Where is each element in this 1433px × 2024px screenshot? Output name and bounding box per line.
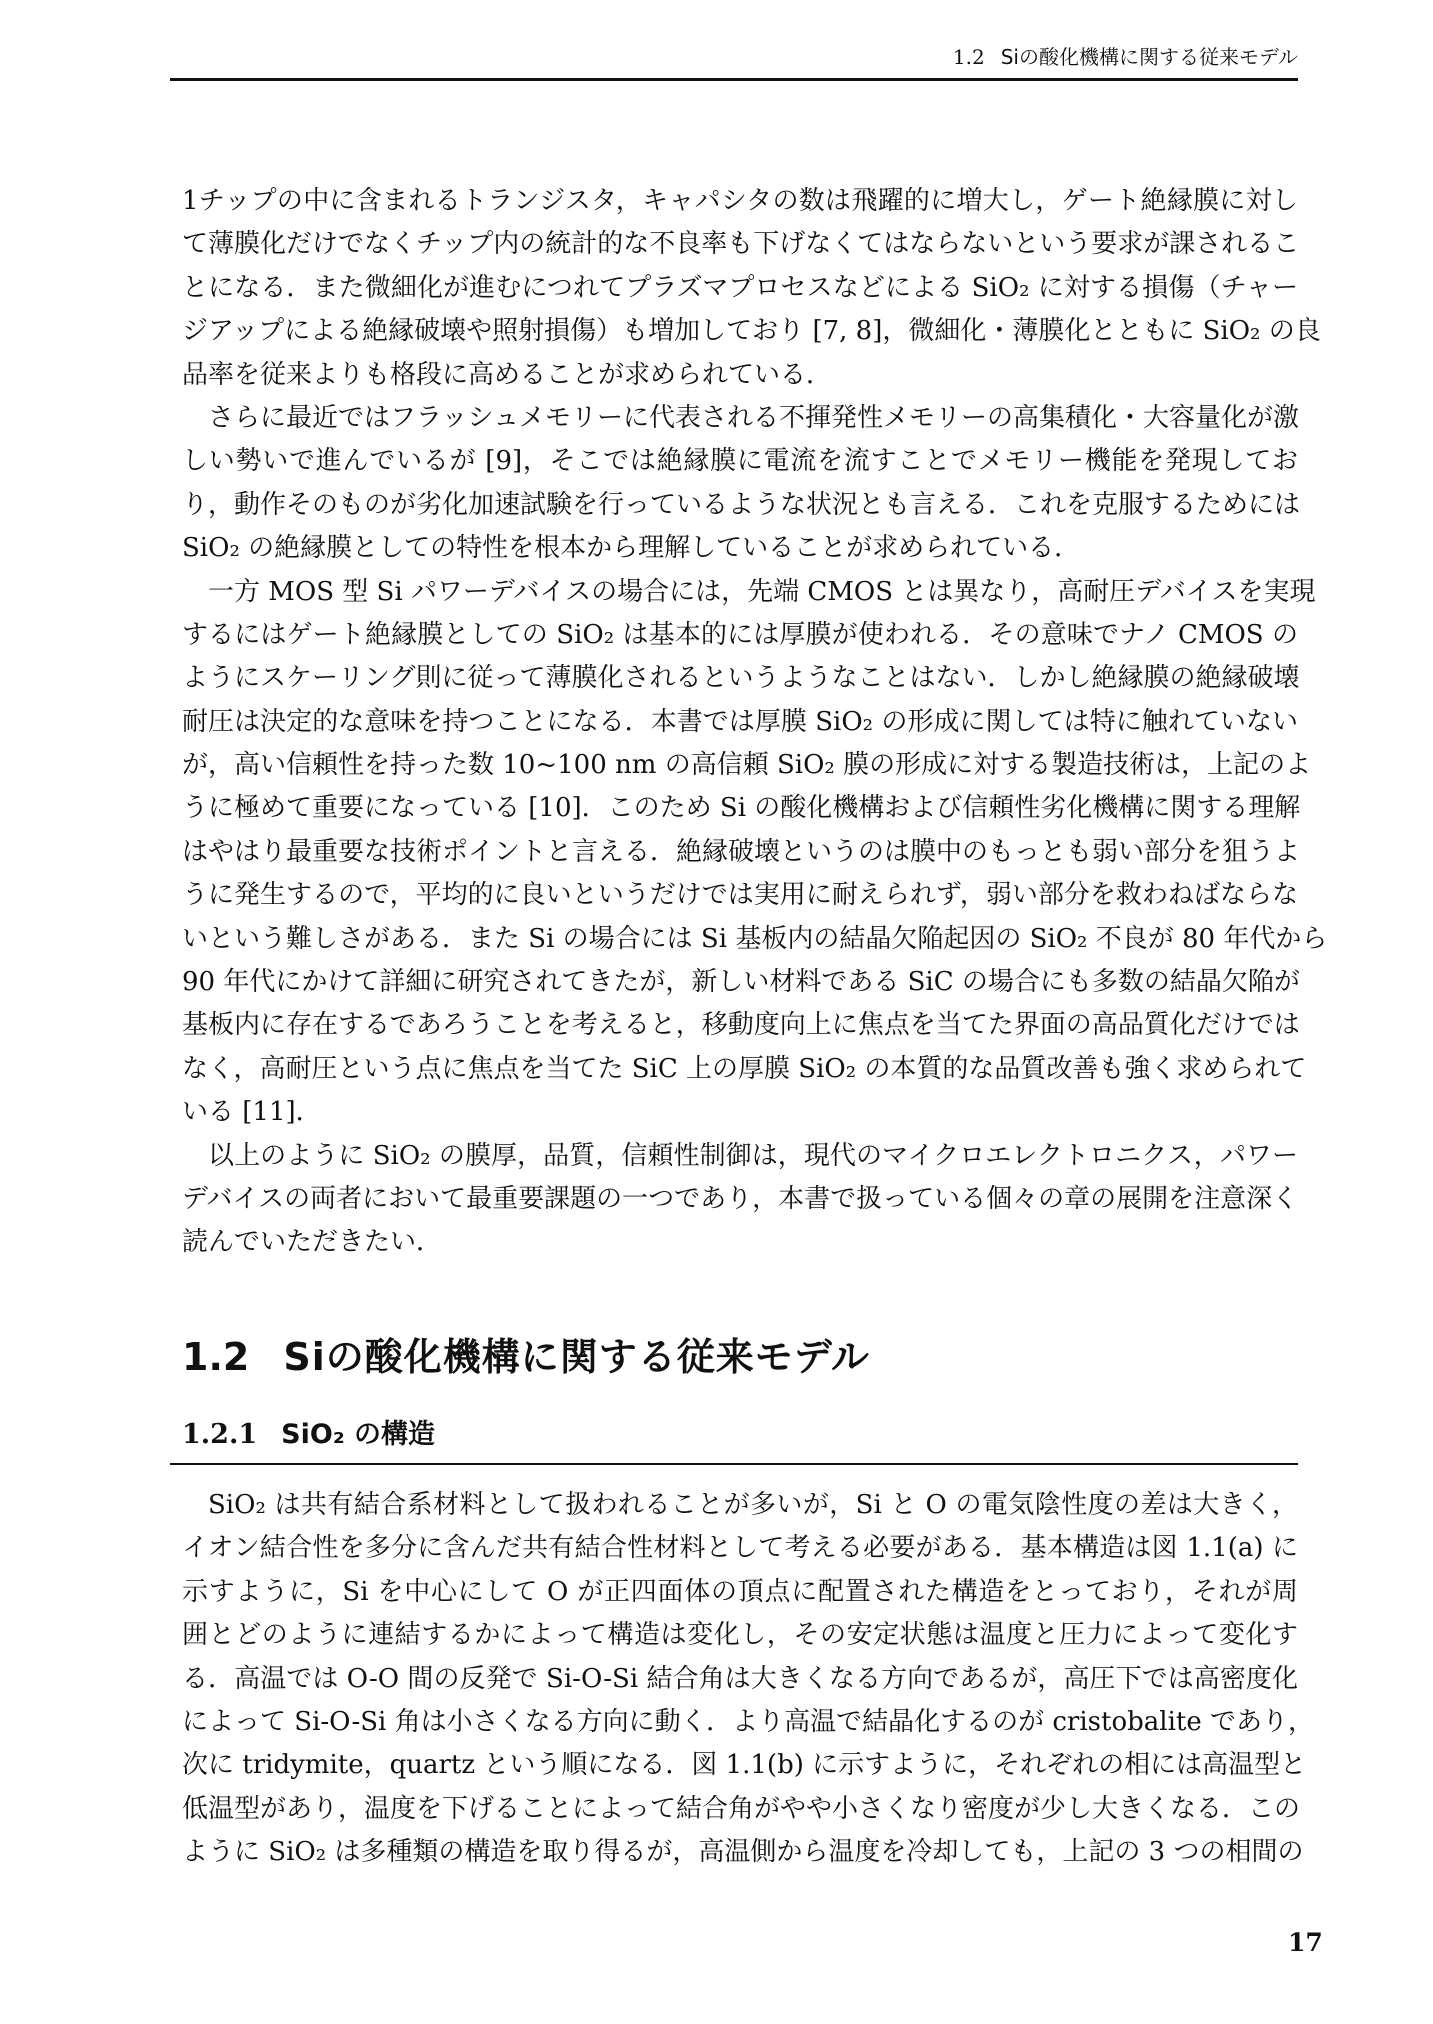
body-line: 耐圧は決定的な意味を持つことになる．本書では厚膜 SiO₂ の形成に関しては特に… [182, 701, 1298, 744]
body-line: ようにスケーリング則に従って薄膜化されるというようなことはない．しかし絶縁膜の絶… [182, 657, 1298, 700]
page-number: 17 [1288, 1928, 1323, 1958]
running-head-title: Siの酸化機構に関する従来モデル [1001, 45, 1298, 69]
body-line: 示すように，Si を中心にして O が正四面体の頂点に配置された構造をとっており… [182, 1571, 1298, 1614]
body-line: 以上のように SiO₂ の膜厚，品質，信頼性制御は，現代のマイクロエレクトロニク… [182, 1135, 1298, 1178]
paragraph: 一方 MOS 型 Si パワーデバイスの場合には，先端 CMOS とは異なり，高… [182, 571, 1298, 1135]
body-line: 低温型があり，温度を下げることによって結合角がやや小さくなり密度が少し大きくなる… [182, 1788, 1298, 1831]
body-line: る．高温では O-O 間の反発で Si-O-Si 結合角は大きくなる方向であるが… [182, 1658, 1298, 1701]
body-line: はやはり最重要な技術ポイントと言える．絶縁破壊というのは膜中のもっとも弱い部分を… [182, 831, 1298, 874]
body-line: うに発生するので，平均的に良いというだけでは実用に耐えられず，弱い部分を救わねば… [182, 874, 1298, 917]
section-heading: 1.2Siの酸化機構に関する従来モデル [182, 1333, 870, 1381]
section-title: Siの酸化機構に関する従来モデル [283, 1335, 870, 1379]
body-line: 1チップの中に含まれるトランジスタ，キャパシタの数は飛躍的に増大し，ゲート絶縁膜… [182, 180, 1298, 223]
body-text-block-bottom: SiO₂ は共有結合系材料として扱われることが多いが，Si と O の電気陰性度… [182, 1484, 1298, 1875]
body-line: SiO₂ は共有結合系材料として扱われることが多いが，Si と O の電気陰性度… [182, 1484, 1298, 1527]
body-line: とになる．また微細化が進むにつれてプラズマプロセスなどによる SiO₂ に対する… [182, 267, 1298, 310]
body-line: しい勢いで進んでいるが [9]，そこでは絶縁膜に電流を流すことでメモリー機能を発… [182, 440, 1298, 483]
paragraph: SiO₂ は共有結合系材料として扱われることが多いが，Si と O の電気陰性度… [182, 1484, 1298, 1875]
subsection-heading: 1.2.1SiO₂ の構造 [182, 1417, 435, 1453]
body-line: 基板内に存在するであろうことを考えると，移動度向上に焦点を当てた界面の高品質化だ… [182, 1004, 1298, 1047]
book-page: 1.2Siの酸化機構に関する従来モデル 1チップの中に含まれるトランジスタ，キャ… [0, 0, 1433, 2024]
subsection-title: SiO₂ の構造 [281, 1419, 435, 1450]
body-line: ように SiO₂ は多種類の構造を取り得るが，高温側から温度を冷却しても，上記の… [182, 1831, 1298, 1874]
body-line: するにはゲート絶縁膜としての SiO₂ は基本的には厚膜が使われる．その意味でナ… [182, 614, 1298, 657]
body-line: て薄膜化だけでなくチップ内の統計的な不良率も下げなくてはならないという要求が課さ… [182, 223, 1298, 266]
body-line: 品率を従来よりも格段に高めることが求められている． [182, 354, 1298, 397]
header-rule [170, 78, 1298, 81]
body-line: 一方 MOS 型 Si パワーデバイスの場合には，先端 CMOS とは異なり，高… [182, 571, 1298, 614]
body-line: いる [11]． [182, 1091, 1298, 1134]
body-line: なく，高耐圧という点に焦点を当てた SiC 上の厚膜 SiO₂ の本質的な品質改… [182, 1048, 1298, 1091]
paragraph: 1チップの中に含まれるトランジスタ，キャパシタの数は飛躍的に増大し，ゲート絶縁膜… [182, 180, 1298, 397]
body-text-block-top: 1チップの中に含まれるトランジスタ，キャパシタの数は飛躍的に増大し，ゲート絶縁膜… [182, 180, 1298, 1265]
body-line: さらに最近ではフラッシュメモリーに代表される不揮発性メモリーの高集積化・大容量化… [182, 397, 1298, 440]
body-line: 読んでいただきたい． [182, 1221, 1298, 1264]
body-line: 90 年代にかけて詳細に研究されてきたが，新しい材料である SiC の場合にも多… [182, 961, 1298, 1004]
body-line: うに極めて重要になっている [10]．このため Si の酸化機構および信頼性劣化… [182, 787, 1298, 830]
body-line: り，動作そのものが劣化加速試験を行っているような状況とも言える．これを克服するた… [182, 484, 1298, 527]
body-line: が，高い信頼性を持った数 10~100 nm の高信頼 SiO₂ 膜の形成に対す… [182, 744, 1298, 787]
body-line: いという難しさがある．また Si の場合には Si 基板内の結晶欠陥起因の Si… [182, 918, 1298, 961]
subsection-rule [170, 1463, 1298, 1465]
body-line: ジアップによる絶縁破壊や照射損傷）も増加しており [7, 8]，微細化・薄膜化と… [182, 310, 1298, 353]
running-head-number: 1.2 [953, 45, 985, 69]
running-head: 1.2Siの酸化機構に関する従来モデル [953, 44, 1298, 70]
body-line: SiO₂ の絶縁膜としての特性を根本から理解していることが求められている． [182, 527, 1298, 570]
subsection-number: 1.2.1 [182, 1419, 257, 1450]
paragraph: さらに最近ではフラッシュメモリーに代表される不揮発性メモリーの高集積化・大容量化… [182, 397, 1298, 571]
body-line: によって Si-O-Si 角は小さくなる方向に動く．より高温で結晶化するのが c… [182, 1701, 1298, 1744]
body-line: デバイスの両者において最重要課題の一つであり，本書で扱っている個々の章の展開を注… [182, 1178, 1298, 1221]
paragraph: 以上のように SiO₂ の膜厚，品質，信頼性制御は，現代のマイクロエレクトロニク… [182, 1135, 1298, 1265]
body-line: イオン結合性を多分に含んだ共有結合性材料として考える必要がある．基本構造は図 1… [182, 1527, 1298, 1570]
section-number: 1.2 [182, 1335, 249, 1379]
body-line: 次に tridymite，quartz という順になる．図 1.1(b) に示す… [182, 1744, 1298, 1787]
body-line: 囲とどのように連結するかによって構造は変化し，その安定状態は温度と圧力によって変… [182, 1614, 1298, 1657]
